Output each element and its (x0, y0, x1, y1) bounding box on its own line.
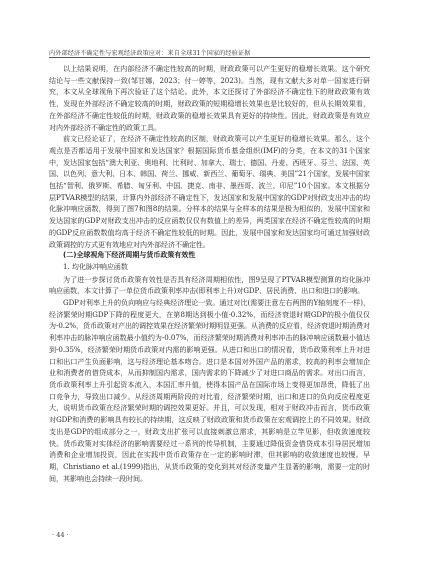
running-head: 内外部经济不确定性与宏观经济政策应对：来自全球31个国家的经验证据 (49, 48, 369, 57)
header-rule (49, 57, 370, 58)
section-heading: (二)全球视角下经济周期与货币政策有效性 (49, 250, 370, 262)
subsection-heading: 1. 均化脉冲响应函数 (49, 262, 370, 274)
page-number: · 44 · (52, 531, 69, 539)
paragraph: 为了进一步探讨货币政策有效性是否具有经济周期相依性，图9呈现了PTVAR模型测算… (49, 274, 370, 297)
paragraph: GDP对利率上升的负向响应与经典经济理论一致。通过对比(需要注意左右两图的Y轴刻… (49, 297, 370, 484)
paragraph: 以上结果说明，在内部经济不确定性较高的时期，财政政策可以产生更好的稳增长效果。这… (49, 63, 370, 133)
paragraph: 前文已经论证了，在经济不确定性较高的区制，财政政策可以产生更好的稳增长效果。那么… (49, 133, 370, 250)
page-body: 以上结果说明，在内部经济不确定性较高的时期，财政政策可以产生更好的稳增长效果。这… (49, 63, 370, 484)
